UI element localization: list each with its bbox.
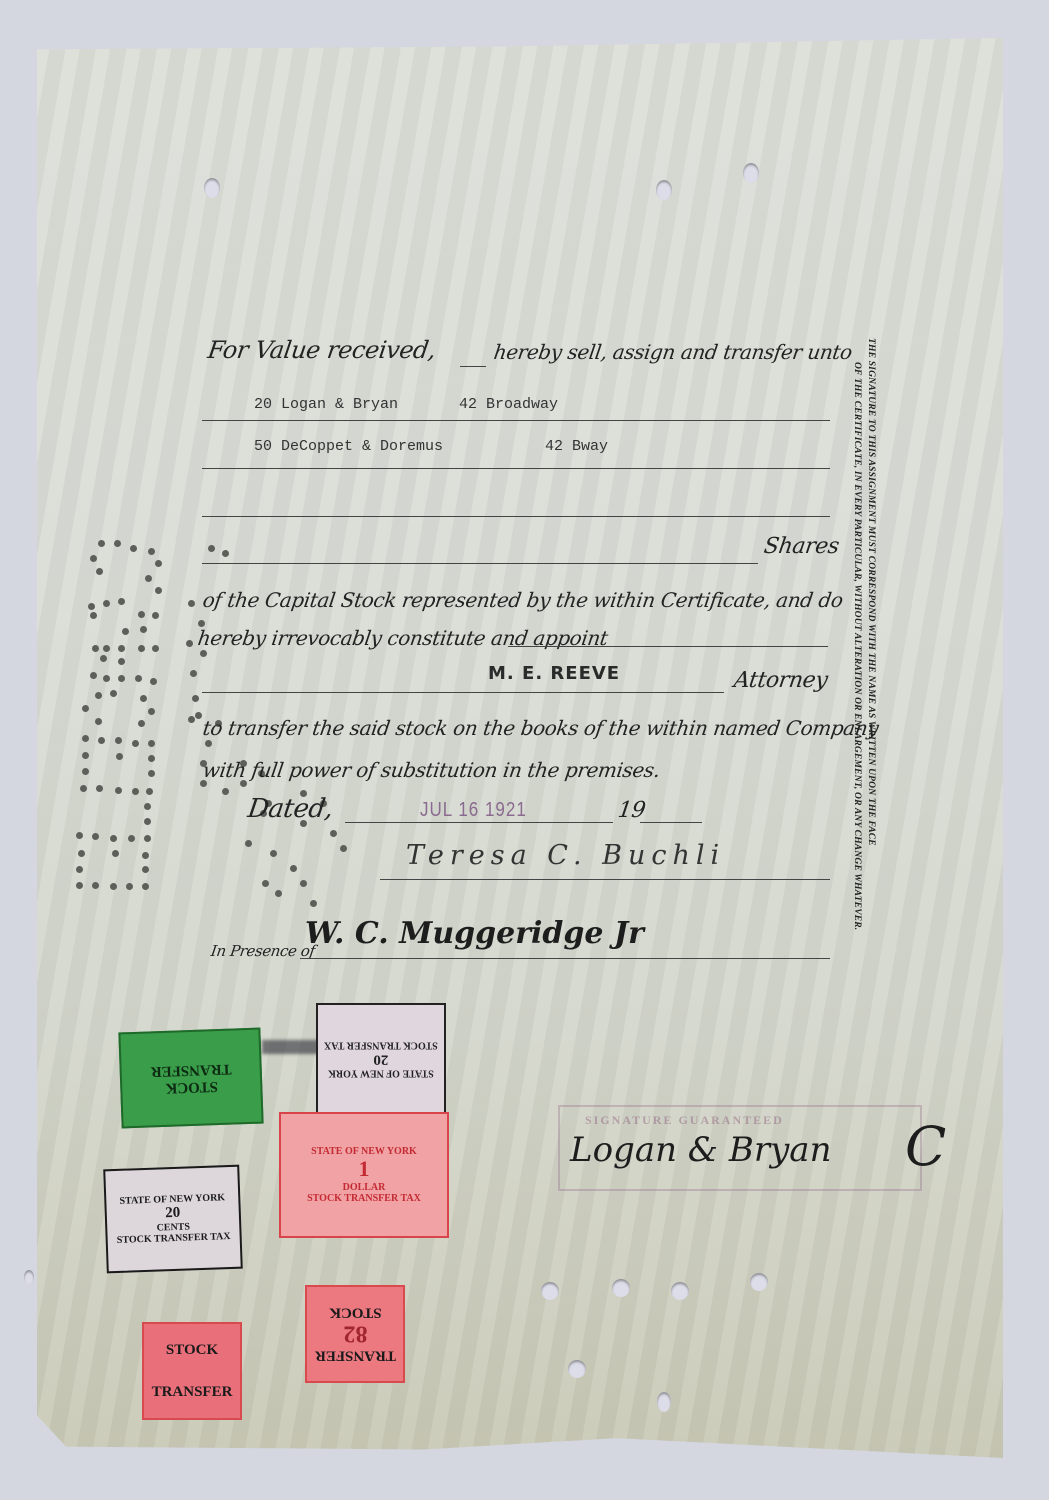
perforation-dot	[96, 785, 103, 792]
notice-line-2: OF THE CERTIFICATE, IN EVERY PARTICULAR,…	[852, 362, 862, 930]
transferee-1-name: Logan & Bryan	[281, 396, 398, 413]
capital-stock-text: of the Capital Stock represented by the …	[201, 588, 844, 612]
perforation-dot	[115, 787, 122, 794]
perforation-dot	[145, 575, 152, 582]
transfer-text: to transfer the said stock on the books …	[201, 716, 880, 740]
perforation-dot	[103, 645, 110, 652]
perforation-dot	[310, 900, 317, 907]
punch-hole	[204, 178, 220, 198]
perforation-dot	[200, 650, 207, 657]
perforation-dot	[150, 678, 157, 685]
perforation-dot	[152, 645, 159, 652]
perforation-dot	[135, 675, 142, 682]
stamp-green-stock-transfer: STOCKTRANSFER	[118, 1028, 263, 1129]
perforation-dot	[148, 708, 155, 715]
perforation-dot	[112, 850, 119, 857]
perforation-dot	[132, 740, 139, 747]
perforation-dot	[155, 587, 162, 594]
perforation-dot	[90, 612, 97, 619]
perforation-dot	[76, 832, 83, 839]
perforation-dot	[144, 835, 151, 842]
perforation-dot	[100, 655, 107, 662]
perforation-dot	[148, 755, 155, 762]
perforation-dot	[144, 818, 151, 825]
perforation-dot	[146, 788, 153, 795]
punch-hole	[24, 1270, 34, 1284]
perforation-dot	[118, 645, 125, 652]
transferee-line	[202, 468, 830, 469]
perforation-dot	[92, 645, 99, 652]
perforation-dot	[138, 611, 145, 618]
appoint-line	[508, 646, 828, 647]
perforation-dot	[132, 788, 139, 795]
transferee-1-shares: 20	[254, 396, 272, 413]
perforation-dot	[90, 672, 97, 679]
attorney-line	[202, 692, 724, 693]
perforation-dot	[103, 675, 110, 682]
perforation-dot	[110, 883, 117, 890]
assign-transfer-text: hereby sell, assign and transfer unto	[492, 340, 853, 364]
perforation-dot	[118, 658, 125, 665]
perforation-dot	[82, 768, 89, 775]
date-stamp: JUL 16 1921	[420, 798, 527, 822]
perforation-dot	[110, 835, 117, 842]
perforation-dot	[126, 883, 133, 890]
owner-signature: Teresa C. Buchli	[406, 840, 725, 871]
perforation-dot	[96, 568, 103, 575]
stamp-ny-20-cents: STATE OF NEW YORK 20 CENTS STOCK TRANSFE…	[103, 1165, 243, 1274]
attorney-label: Attorney	[732, 668, 829, 693]
perforation-dot	[95, 718, 102, 725]
perforation-dot	[140, 695, 147, 702]
blank-line	[460, 366, 486, 367]
perforation-dot	[192, 695, 199, 702]
perforation-dot	[90, 555, 97, 562]
perforation-dot	[275, 890, 282, 897]
perforation-dot	[115, 737, 122, 744]
shares-label: Shares	[762, 534, 840, 559]
perforation-dot	[128, 835, 135, 842]
notice-text: THE SIGNATURE TO THIS ASSIGNMENT MUST CO…	[848, 338, 888, 1008]
punch-hole	[612, 1279, 630, 1297]
perforation-dot	[330, 830, 337, 837]
perforation-dot	[300, 880, 307, 887]
punch-hole	[671, 1282, 689, 1300]
transferee-1-address: 42 Broadway	[459, 396, 558, 413]
perforation-dot	[78, 850, 85, 857]
perforation-dot	[103, 600, 110, 607]
punch-hole	[568, 1360, 586, 1378]
perforation-dot	[118, 675, 125, 682]
perforation-dot	[95, 692, 102, 699]
perforation-dot	[142, 866, 149, 873]
punch-hole	[743, 163, 759, 183]
perforation-dot	[144, 803, 151, 810]
perforation-dot	[222, 788, 229, 795]
shares-line	[202, 563, 758, 564]
perforation-dot	[76, 866, 83, 873]
perforation-dot	[82, 705, 89, 712]
stamp-red-stock-transfer-small: STOCK TRANSFER	[142, 1322, 242, 1420]
guarantor-signature: Logan & Bryan	[570, 1130, 831, 1170]
perforation-dot	[190, 670, 197, 677]
perforation-dot	[245, 840, 252, 847]
perforation-dot	[270, 850, 277, 857]
perforation-dot	[116, 753, 123, 760]
transferee-line	[202, 516, 830, 517]
perforation-dot	[118, 598, 125, 605]
perforation-dot	[195, 712, 202, 719]
perforation-dot	[188, 600, 195, 607]
year-prefix: 19	[616, 798, 647, 823]
perforation-dot	[98, 540, 105, 547]
date-line	[345, 822, 613, 823]
notice-line-1: THE SIGNATURE TO THIS ASSIGNMENT MUST CO…	[866, 338, 876, 846]
perforation-dot	[152, 612, 159, 619]
transferee-2-shares: 50	[254, 438, 272, 455]
stamp-ny-1-dollar: STATE OF NEW YORK 1 DOLLAR STOCK TRANSFE…	[279, 1112, 449, 1238]
perforation-dot	[122, 628, 129, 635]
perforation-dot	[92, 882, 99, 889]
perforation-dot	[80, 785, 87, 792]
perforation-dot	[142, 883, 149, 890]
substitution-text: with full power of substitution in the p…	[201, 758, 661, 782]
perforation-dot	[82, 735, 89, 742]
for-value-received: For Value received,	[206, 336, 437, 364]
perforation-dot	[205, 740, 212, 747]
guarantee-stamp-text: SIGNATURE GUARANTEED	[585, 1113, 784, 1128]
perforation-dot	[186, 640, 193, 647]
perforation-dot	[138, 720, 145, 727]
perforation-dot	[114, 540, 121, 547]
perforation-dot	[340, 845, 347, 852]
punch-hole	[750, 1273, 768, 1291]
witness-line	[300, 958, 830, 959]
transferee-line	[202, 420, 830, 421]
perforation-dot	[188, 716, 195, 723]
perforation-dot	[208, 545, 215, 552]
perforation-dot	[155, 560, 162, 567]
stamp-ny-20-cents-inverted: STATE OF NEW YORK20STOCK TRANSFER TAX	[316, 1003, 446, 1115]
signature-line	[380, 879, 830, 880]
perforation-dot	[76, 882, 83, 889]
perforation-dot	[138, 645, 145, 652]
transferee-2-name: DeCoppet & Doremus	[281, 438, 443, 455]
perforation-dot	[262, 880, 269, 887]
perforation-dot	[98, 737, 105, 744]
perforation-dot	[148, 740, 155, 747]
witness-signature: W. C. Muggeridge Jr	[305, 916, 644, 951]
perforation-dot	[82, 752, 89, 759]
perforation-dot	[130, 545, 137, 552]
transferee-2-address: 42 Bway	[545, 438, 608, 455]
year-line	[640, 822, 702, 823]
stamp-red-stock-transfer-inverted: TRANSFER82STOCK	[305, 1285, 405, 1383]
attorney-name: M. E. REEVE	[488, 663, 620, 684]
perforation-dot	[140, 626, 147, 633]
perforation-dot	[92, 833, 99, 840]
dated-label: Dated,	[246, 794, 335, 824]
perforation-dot	[110, 690, 117, 697]
perforation-dot	[88, 603, 95, 610]
punch-hole	[541, 1282, 559, 1300]
perforation-dot	[148, 770, 155, 777]
perforation-dot	[290, 865, 297, 872]
punch-hole	[656, 180, 672, 200]
guarantee-mark: C	[905, 1115, 946, 1178]
perforation-dot	[142, 852, 149, 859]
punch-hole	[657, 1392, 671, 1412]
perforation-dot	[148, 548, 155, 555]
perforation-dot	[222, 550, 229, 557]
